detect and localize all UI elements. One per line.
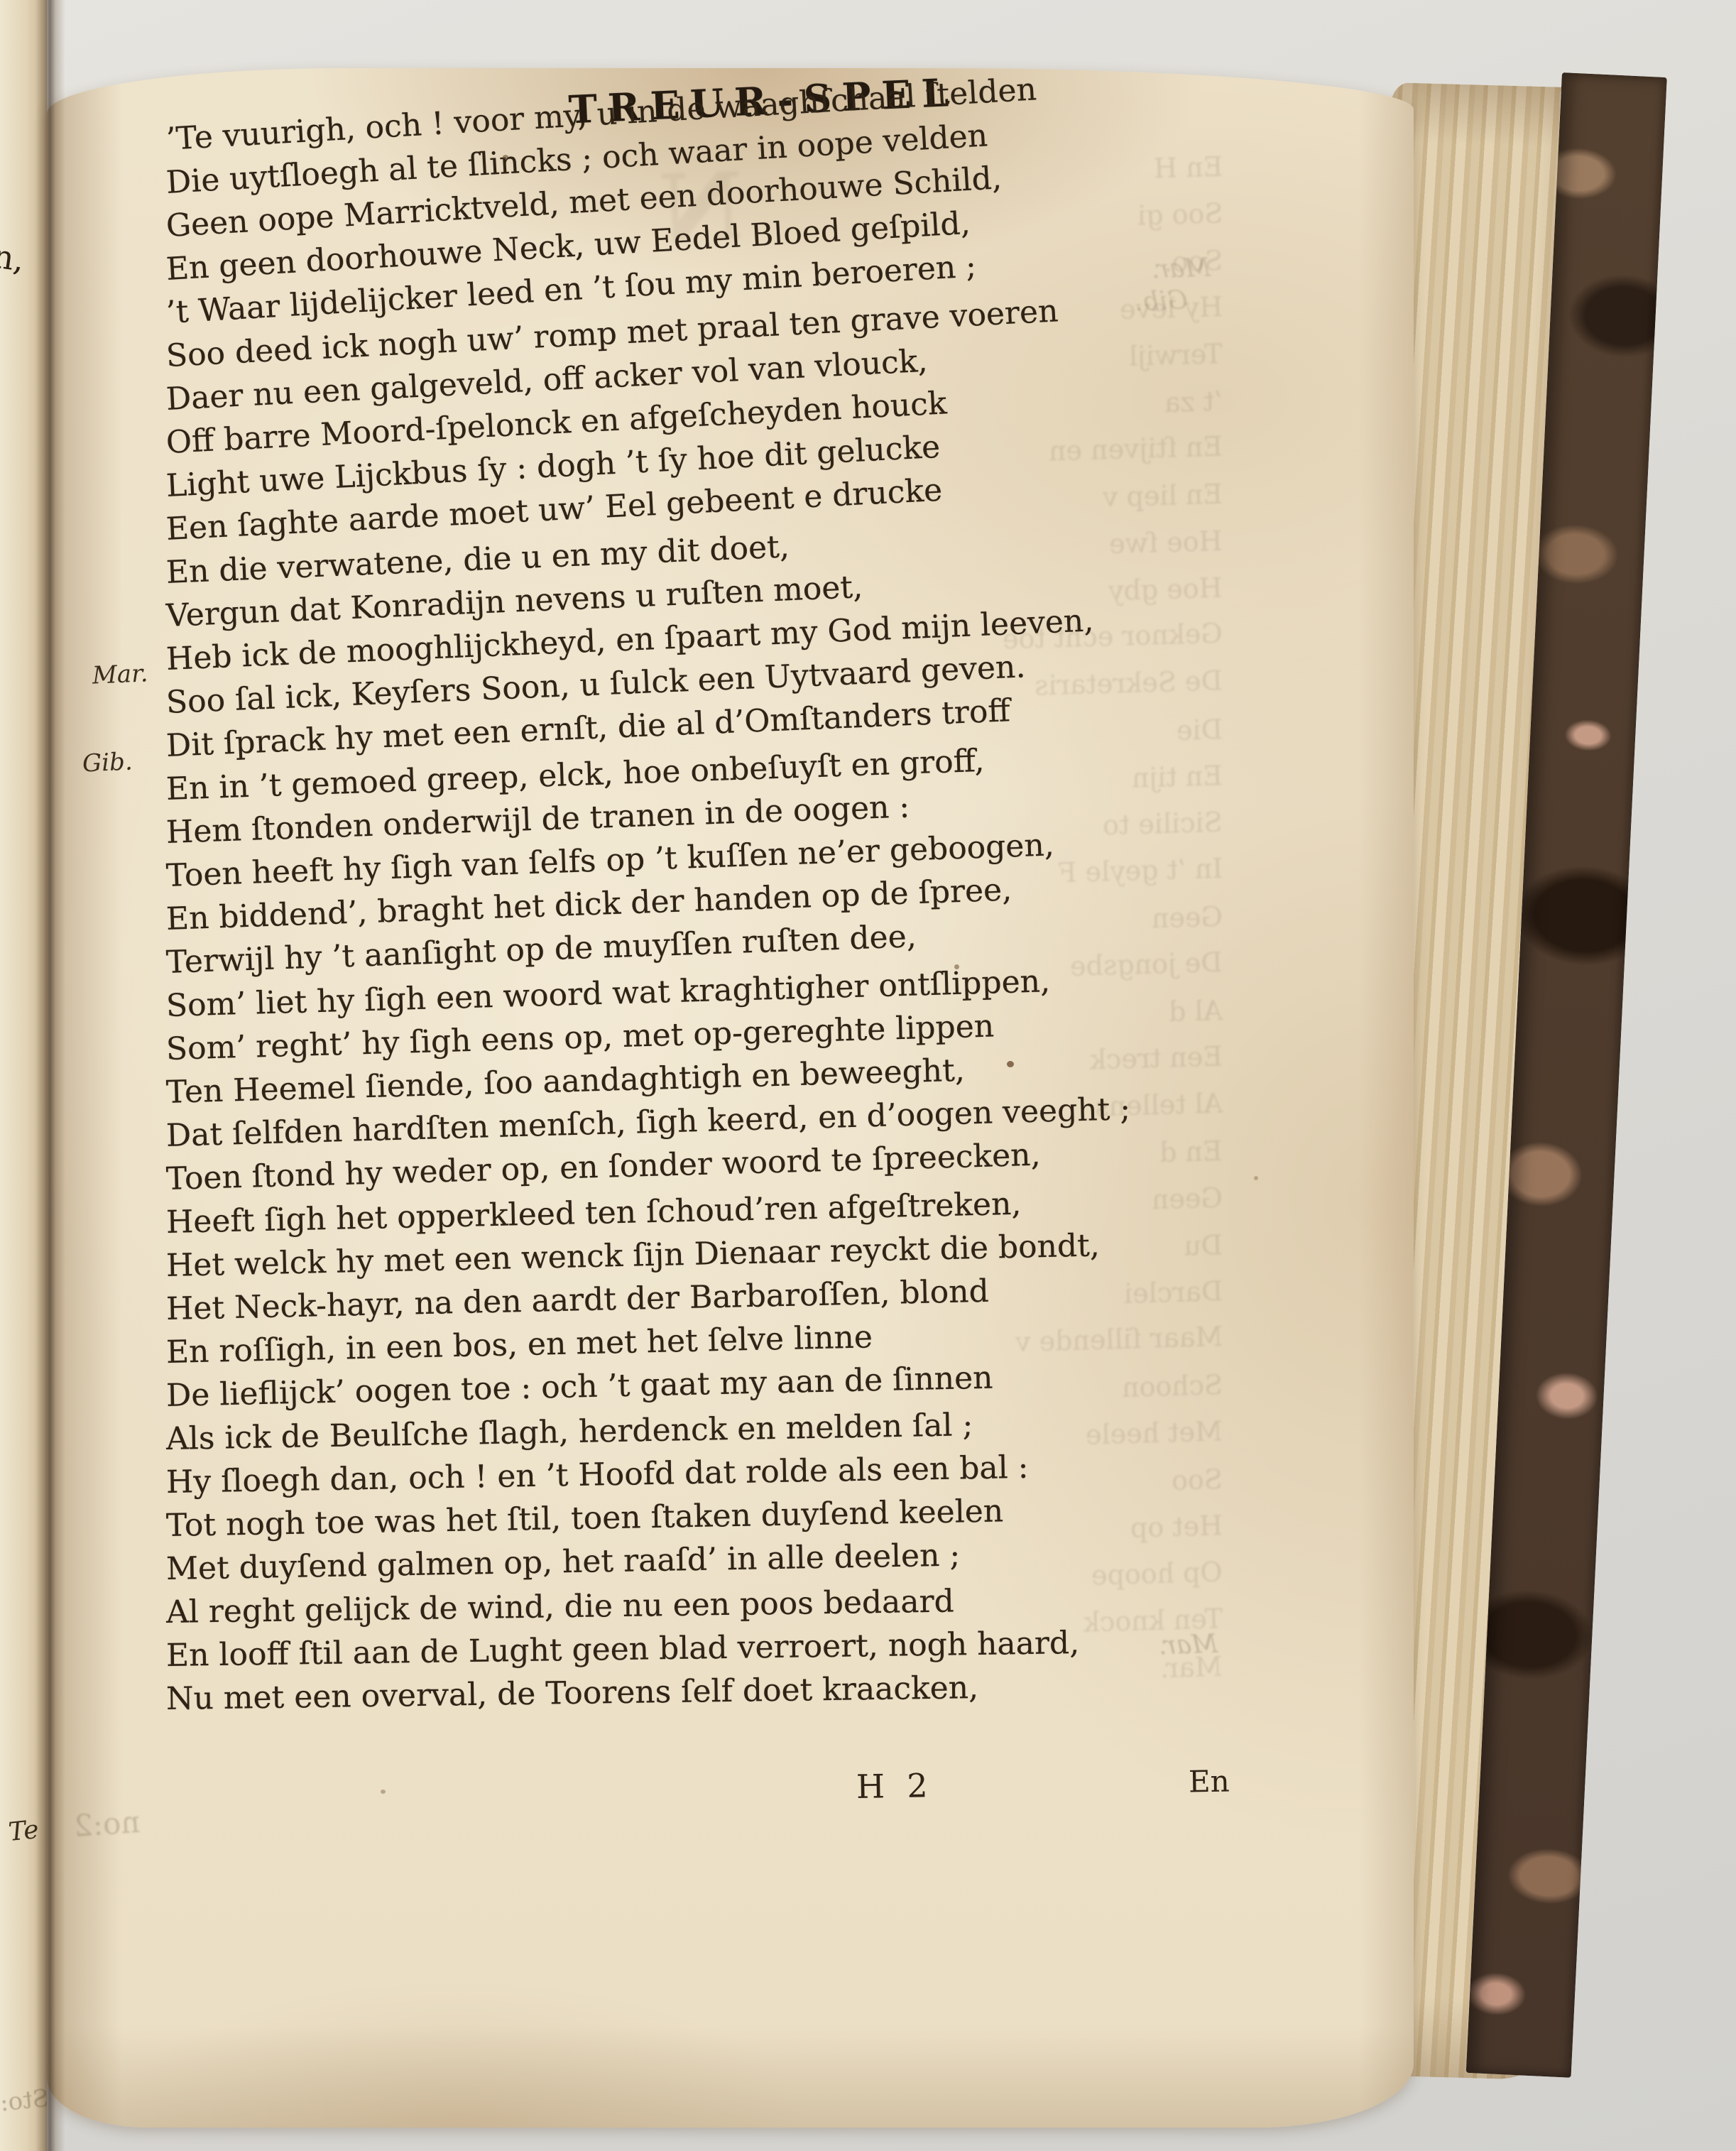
previous-page-sliver: n, Te Sto: (0, 0, 47, 2151)
bleedthrough-fragment: In ’t geyle F (1057, 853, 1223, 888)
bleedthrough-margin-note-mar: Mar. (1151, 254, 1211, 285)
bleedthrough-fragment: Op hoope (1091, 1556, 1223, 1591)
bleedthrough-fragment: Een treck (1089, 1040, 1223, 1075)
bleedthrough-fragment: Het op (1130, 1510, 1223, 1544)
bleedthrough-fragment: Maar ſillende v (1015, 1321, 1223, 1358)
paper-speck (1254, 1176, 1258, 1180)
bleedthrough-fragment: Du (1183, 1229, 1223, 1262)
bleedthrough-fragment: En liep v (1102, 479, 1223, 513)
previous-page-bleedthrough: Sto: (0, 2084, 47, 2118)
bleedthrough-fragment: De jongsbe (1070, 947, 1223, 982)
bleedthrough-fragment: Met heele (1086, 1415, 1223, 1450)
signature-mark: H 2 (856, 1766, 934, 1806)
bleedthrough-margin-note-bottom: Mar. (1158, 1630, 1218, 1661)
margin-note-mar: Mar. (92, 659, 148, 690)
bleedthrough-fragment: De Sekretaris (1034, 665, 1223, 701)
bleedthrough-fragment: Sicilie to (1103, 807, 1223, 842)
bleedthrough-fragment: En H (1153, 151, 1223, 185)
bleedthrough-fragment: En tijn (1131, 760, 1223, 794)
bleedthrough-fragment: En d (1159, 1136, 1223, 1168)
bleedthrough-column: En HSoo giSoo.Hy leveTerwijl’t zaEn ſtij… (977, 152, 1247, 1757)
paper-speck (503, 155, 508, 159)
bleedthrough-fragment: Darclei (1123, 1275, 1223, 1309)
bleedthrough-fragment: Geen (1152, 1182, 1223, 1216)
bleedthrough-fragment: Hoe ſwe (1109, 526, 1223, 560)
bleedthrough-fragment: Soo gi (1137, 197, 1223, 231)
previous-page-catchword: Te (7, 1815, 40, 1847)
paper-speck (381, 1790, 386, 1794)
paper-speck (954, 964, 959, 969)
bleedthrough-fragment: ’t za (1164, 386, 1223, 418)
bleedthrough-margin-note-gib: Gib. (1134, 286, 1188, 317)
margin-note-gib: Gib. (82, 748, 133, 778)
bleedthrough-gutter-mark: no:2 (72, 1804, 141, 1844)
bleedthrough-fragment: Hoe gby (1108, 572, 1223, 606)
photo-scene: n, Te Sto: N TREUR-SPEL ’Te vuurigh, och… (0, 0, 1736, 2151)
bleedthrough-fragment: Terwijl (1129, 338, 1223, 372)
book-page: N TREUR-SPEL ’Te vuurigh, och ! voor my,… (47, 68, 1414, 2128)
catchword: En (1189, 1764, 1230, 1799)
bleedthrough-fragment: En ſtijven en (1048, 431, 1223, 467)
bleedthrough-fragment: Die (1176, 714, 1223, 746)
bleedthrough-fragment: Al d (1168, 995, 1223, 1028)
paper-speck (1007, 1061, 1014, 1067)
bleedthrough-fragment: Soo (1172, 1464, 1223, 1496)
bleedthrough-fragment: Schoon (1121, 1369, 1223, 1403)
bleedthrough-fragment: Al tellens (1094, 1087, 1223, 1122)
bleedthrough-fragment: Geknor echt toe (1003, 618, 1223, 655)
previous-page-text-fragment: n, (0, 236, 27, 279)
bleedthrough-fragment: Geen (1152, 901, 1223, 935)
